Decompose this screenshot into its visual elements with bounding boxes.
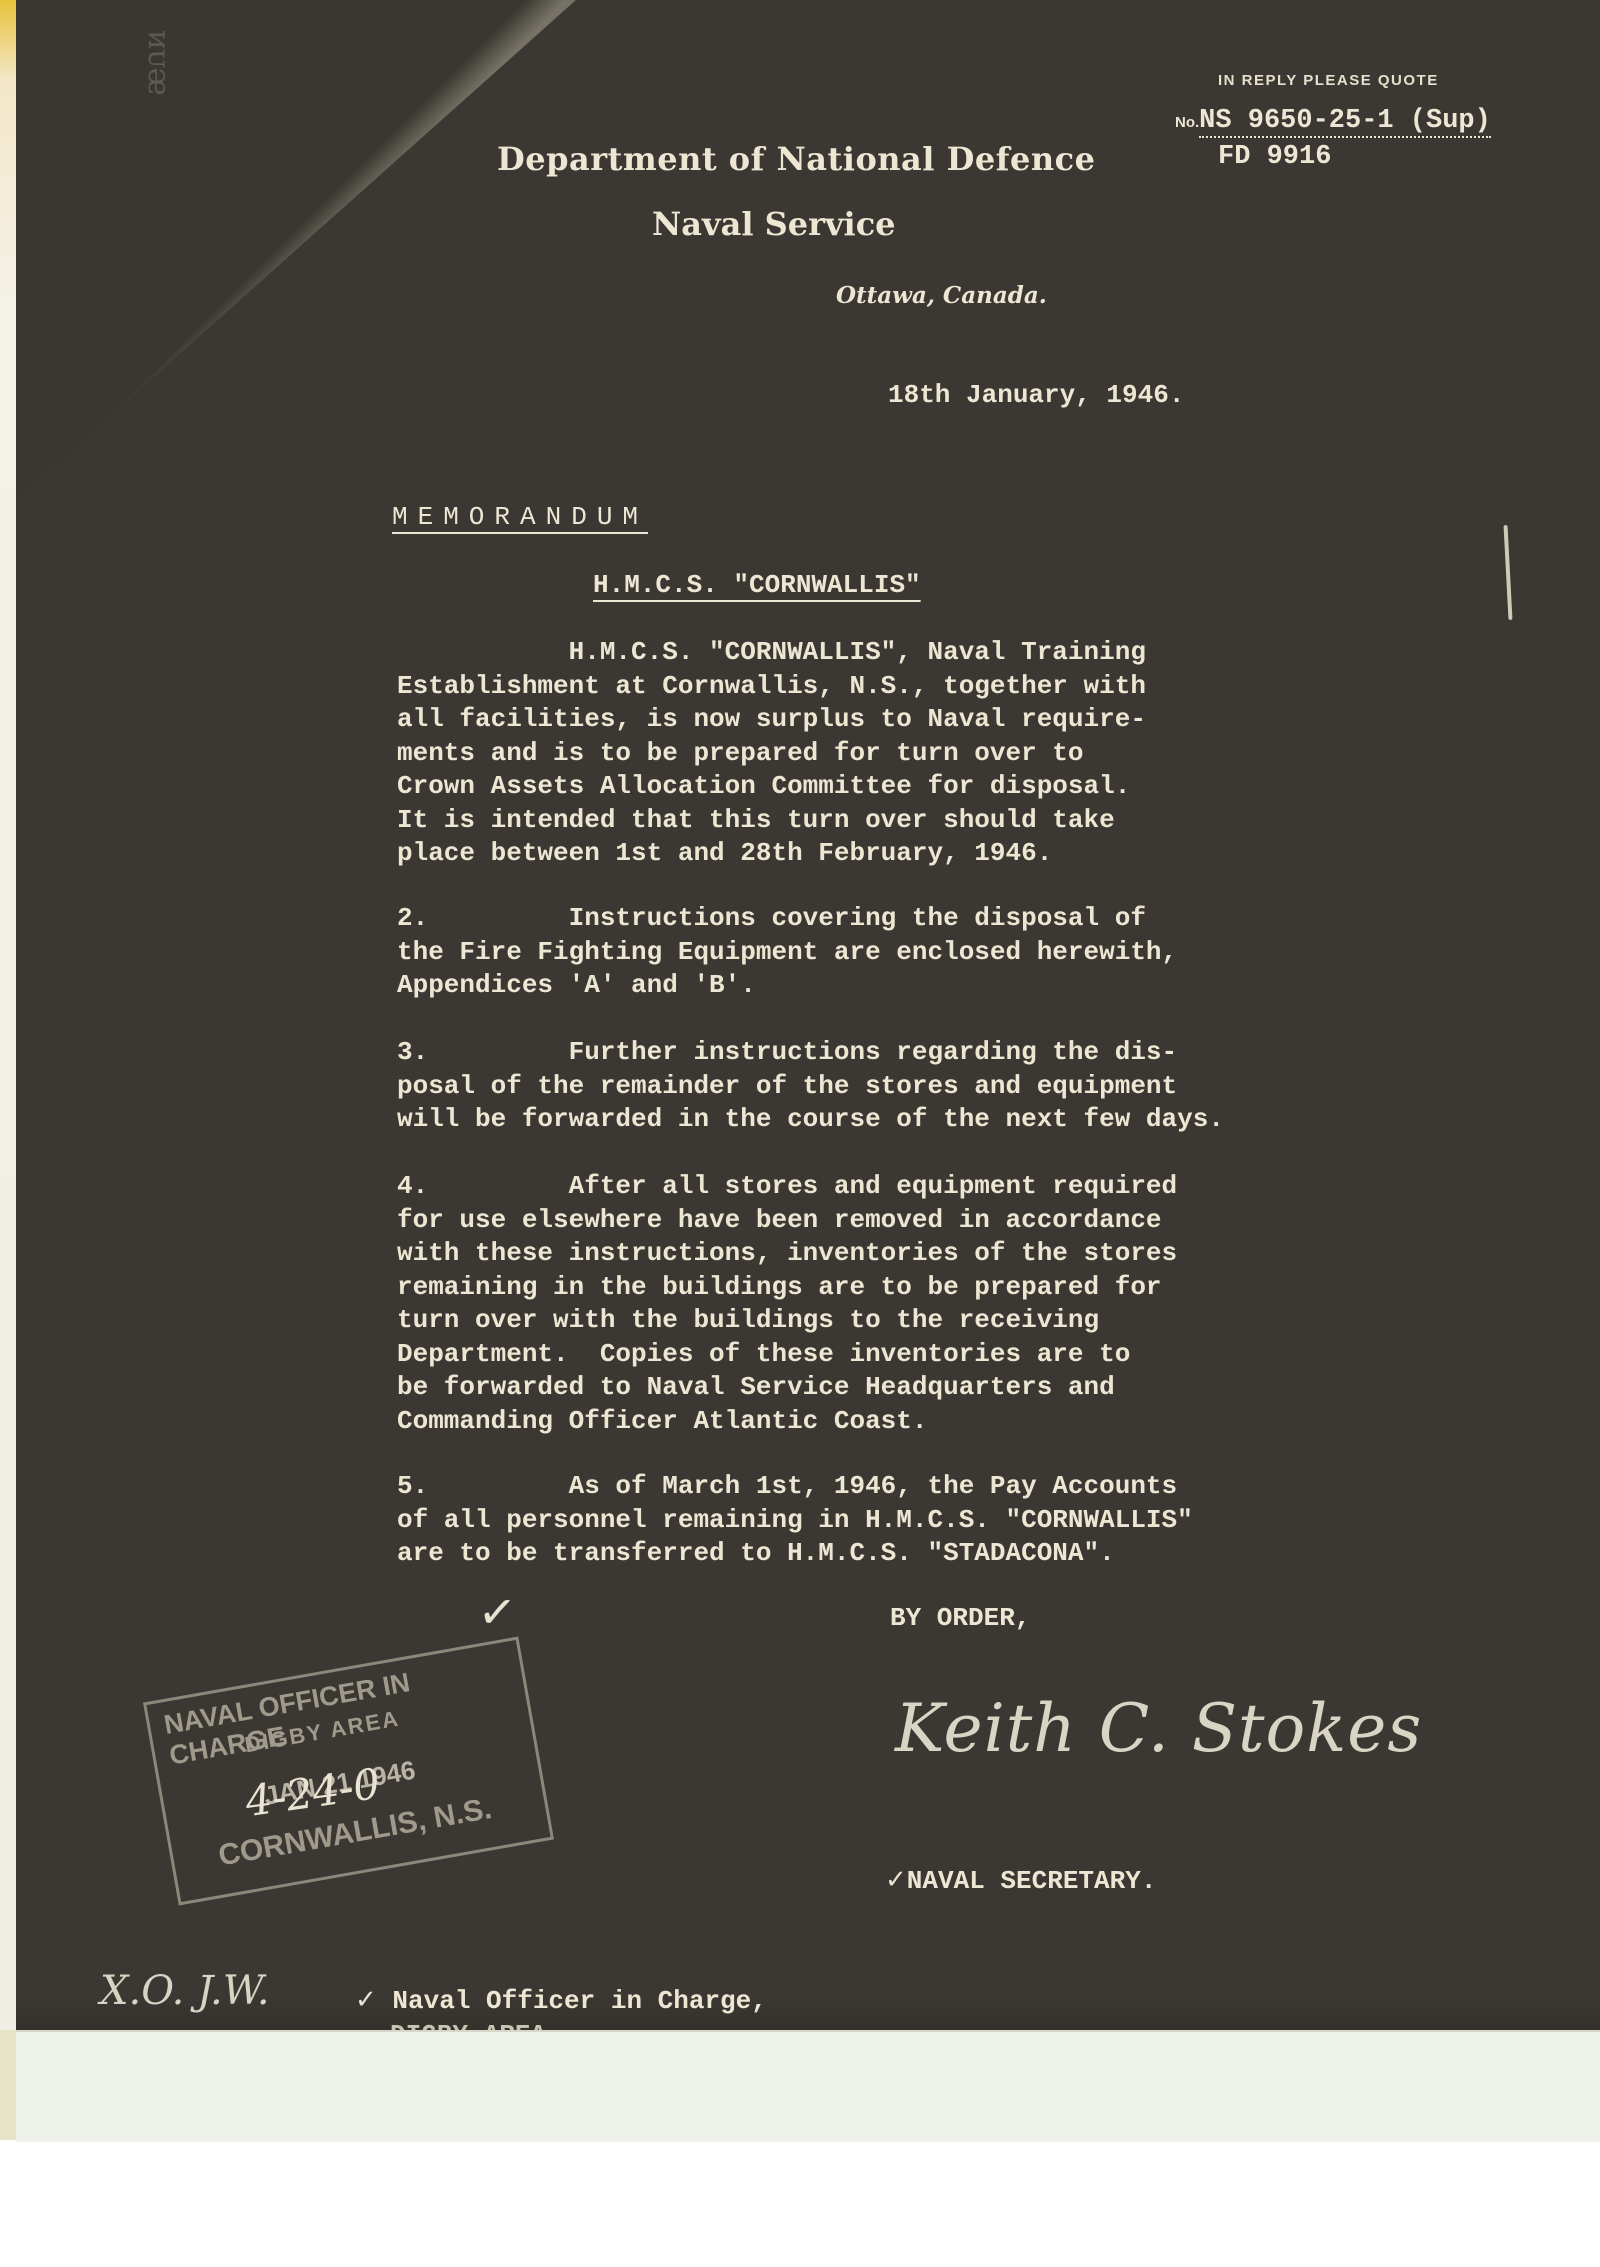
memo-subject: H.M.C.S. "CORNWALLIS" (593, 570, 921, 600)
memo-title: MEMORANDUM (392, 502, 648, 532)
recipient-cut-line: DIGBY AREA (390, 2020, 546, 2030)
letterhead-service: Naval Service (652, 205, 896, 243)
reply-quote-label: IN REPLY PLEASE QUOTE (1218, 72, 1439, 89)
folded-corner (16, 0, 576, 500)
memo-paragraph-1: H.M.C.S. "CORNWALLIS", Naval Training Es… (397, 636, 1146, 871)
bleed-through-text: ᴎᴜᴂ (141, 30, 176, 96)
check-mark-icon: ✓ (885, 1865, 907, 1895)
memo-date: 18th January, 1946. (888, 380, 1184, 410)
handwritten-signature: Keith C. Stokes (895, 1690, 1422, 1767)
check-mark-icon: ✓ (476, 1583, 519, 1640)
reference-number-value: NS 9650-25-1 (Sup) (1199, 106, 1491, 138)
signatory-title-text: NAVAL SECRETARY. (907, 1866, 1157, 1896)
memo-paragraph-2: 2. Instructions covering the disposal of… (397, 902, 1177, 1003)
letterhead-location: Ottawa, Canada. (836, 282, 1047, 309)
reference-secondary: FD 9916 (1218, 142, 1331, 172)
memo-paragraph-3: 3. Further instructions regarding the di… (397, 1036, 1224, 1137)
memo-paragraph-5: 5. As of March 1st, 1946, the Pay Accoun… (397, 1470, 1193, 1571)
recipient-text: Naval Officer in Charge, (392, 1986, 766, 2016)
memo-paragraph-4: 4. After all stores and equipment requir… (397, 1170, 1177, 1438)
recipient-line: ✓ Naval Officer in Charge, (355, 1985, 767, 2016)
signatory-title: ✓NAVAL SECRETARY. (885, 1865, 1156, 1896)
closing-by-order: BY ORDER, (890, 1603, 1030, 1633)
xo-initials-annotation: X.O. J.W. (100, 1968, 270, 2014)
reference-number: No.NS 9650-25-1 (Sup) (1175, 106, 1491, 136)
check-mark-icon: ✓ (355, 1985, 377, 2015)
reference-no-label: No. (1175, 114, 1199, 131)
letterhead-department: Department of National Defence (497, 140, 1095, 178)
bottom-margin-band (16, 2030, 1600, 2142)
